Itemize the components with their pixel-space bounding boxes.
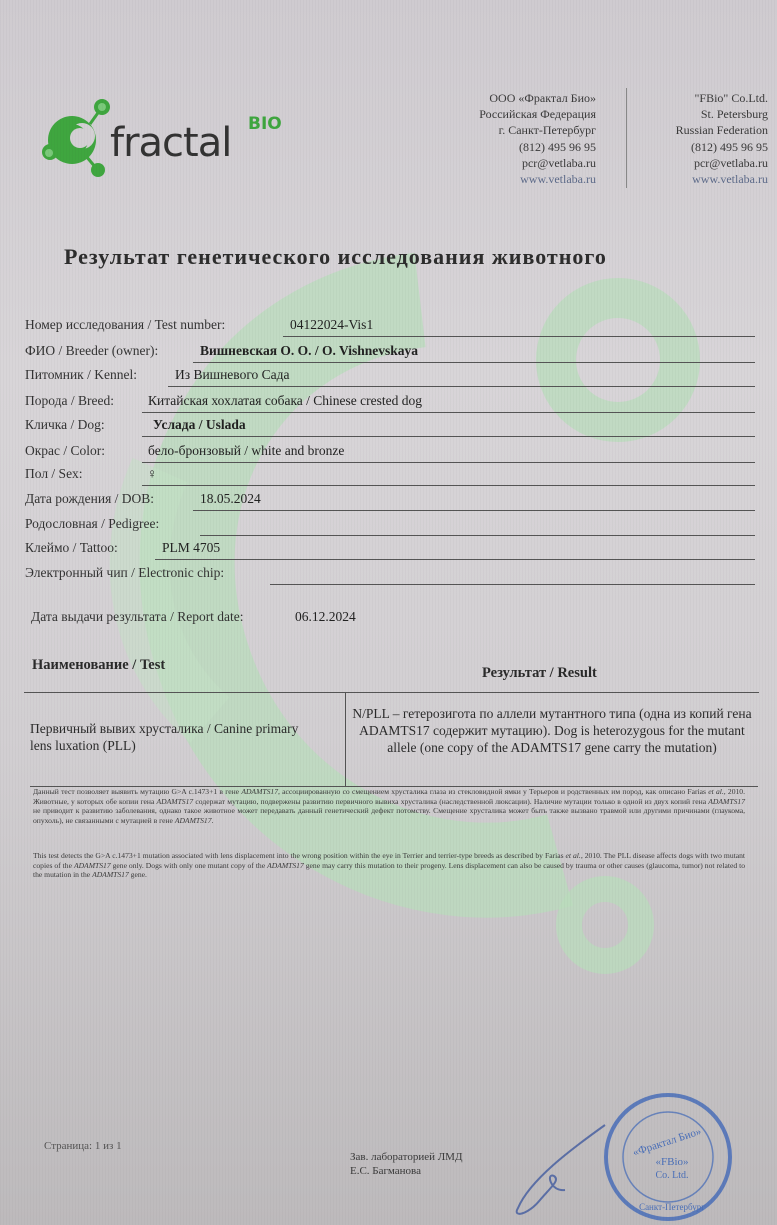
field-label: Дата выдачи результата / Report date: bbox=[31, 609, 244, 625]
field-value: Вишневская О. О. / O. Vishnevskaya bbox=[200, 343, 418, 359]
field-value: Из Вишневого Сада bbox=[175, 367, 290, 383]
company-logo: fractal BIO bbox=[38, 100, 268, 180]
field-label: Электронный чип / Electronic chip: bbox=[25, 565, 224, 581]
table-header-test: Наименование / Test bbox=[32, 657, 165, 674]
table-divider bbox=[24, 692, 759, 693]
field-value: Китайская хохлатая собака / Chinese cres… bbox=[148, 393, 422, 409]
city-en: St. Petersburg bbox=[640, 106, 768, 122]
country-en: Russian Federation bbox=[640, 122, 768, 138]
field-dob: Дата рождения / DOB: 18.05.2024 bbox=[25, 491, 755, 511]
field-color: Окрас / Color: бело-бронзовый / white an… bbox=[25, 443, 755, 463]
country-ru: Российская Федерация bbox=[440, 106, 596, 122]
company-name-en: "FBio" Co.Ltd. bbox=[640, 90, 768, 106]
note-russian: Данный тест позволяет выявить мутацию G>… bbox=[33, 787, 745, 825]
page-number: Страница: 1 из 1 bbox=[44, 1140, 122, 1152]
field-report-date: Дата выдачи результата / Report date: 06… bbox=[25, 609, 425, 629]
phone-ru: (812) 495 96 95 bbox=[440, 139, 596, 155]
stamp-ring-text: Санкт-Петербург bbox=[639, 1202, 705, 1212]
field-pedigree: Родословная / Pedigree: bbox=[25, 516, 755, 536]
field-value: бело-бронзовый / white and bronze bbox=[148, 443, 344, 459]
logo-suffix: BIO bbox=[248, 114, 282, 134]
field-sex: Пол / Sex: ♀ bbox=[25, 466, 755, 486]
note-english: This test detects the G>A c.1473+1 mutat… bbox=[33, 851, 745, 880]
company-stamp: «Фрактал Био» «FBio» Co. Ltd. Санкт-Пете… bbox=[590, 1085, 740, 1225]
field-label: Порода / Breed: bbox=[25, 393, 114, 409]
stamp-line3: Co. Ltd. bbox=[655, 1170, 688, 1181]
field-label: Кличка / Dog: bbox=[25, 417, 105, 433]
logo-name: fractal bbox=[110, 120, 231, 166]
phone-en: (812) 495 96 95 bbox=[640, 139, 768, 155]
address-divider bbox=[626, 88, 627, 188]
address-ru: ООО «Фрактал Био» Российская Федерация г… bbox=[440, 90, 596, 187]
field-breeder: ФИО / Breeder (owner): Вишневская О. О. … bbox=[25, 343, 755, 363]
signatory-name: Е.С. Багманова bbox=[350, 1164, 462, 1178]
field-dog: Кличка / Dog: Услада / Uslada bbox=[25, 417, 755, 437]
field-label: Клеймо / Tattoo: bbox=[25, 540, 118, 556]
signatory-block: Зав. лабораторией ЛМД Е.С. Багманова bbox=[350, 1150, 462, 1178]
field-label: Родословная / Pedigree: bbox=[25, 516, 159, 532]
email-ru[interactable]: pcr@vetlaba.ru bbox=[440, 155, 596, 171]
field-kennel: Питомник / Kennel: Из Вишневого Сада bbox=[25, 367, 755, 387]
field-value: 06.12.2024 bbox=[295, 609, 356, 625]
email-en[interactable]: pcr@vetlaba.ru bbox=[640, 155, 768, 171]
field-value: 18.05.2024 bbox=[200, 491, 261, 507]
field-label: Окрас / Color: bbox=[25, 443, 105, 459]
table-cell-test: Первичный вывих хрусталика / Canine prim… bbox=[30, 720, 320, 754]
table-column-divider bbox=[345, 692, 346, 786]
city-ru: г. Санкт-Петербург bbox=[440, 122, 596, 138]
field-chip: Электронный чип / Electronic chip: bbox=[25, 565, 755, 585]
field-label: Номер исследования / Test number: bbox=[25, 317, 225, 333]
signatory-title: Зав. лабораторией ЛМД bbox=[350, 1150, 462, 1164]
document-title: Результат генетического исследования жив… bbox=[64, 244, 607, 270]
field-breed: Порода / Breed: Китайская хохлатая собак… bbox=[25, 393, 755, 413]
website-en[interactable]: www.vetlaba.ru bbox=[640, 171, 768, 187]
field-test-number: Номер исследования / Test number: 041220… bbox=[25, 317, 755, 337]
stamp-line1: «Фрактал Био» bbox=[631, 1125, 702, 1158]
stamp-line2: «FBio» bbox=[655, 1156, 688, 1168]
female-symbol-icon: ♀ bbox=[147, 466, 157, 482]
field-value: 04122024-Vis1 bbox=[290, 317, 373, 333]
field-label: Питомник / Kennel: bbox=[25, 367, 137, 383]
field-label: Дата рождения / DOB: bbox=[25, 491, 154, 507]
table-cell-result: N/PLL – гетерозигота по аллели мутантног… bbox=[352, 705, 752, 756]
table-header-result: Результат / Result bbox=[482, 665, 597, 682]
website-ru[interactable]: www.vetlaba.ru bbox=[440, 171, 596, 187]
field-label: Пол / Sex: bbox=[25, 466, 83, 482]
field-label: ФИО / Breeder (owner): bbox=[25, 343, 158, 359]
address-en: "FBio" Co.Ltd. St. Petersburg Russian Fe… bbox=[640, 90, 768, 187]
field-tattoo: Клеймо / Tattoo: PLM 4705 bbox=[25, 540, 755, 560]
company-name-ru: ООО «Фрактал Био» bbox=[440, 90, 596, 106]
molecule-logo-icon bbox=[38, 98, 118, 178]
field-value: Услада / Uslada bbox=[153, 417, 246, 433]
field-value: PLM 4705 bbox=[162, 540, 220, 556]
